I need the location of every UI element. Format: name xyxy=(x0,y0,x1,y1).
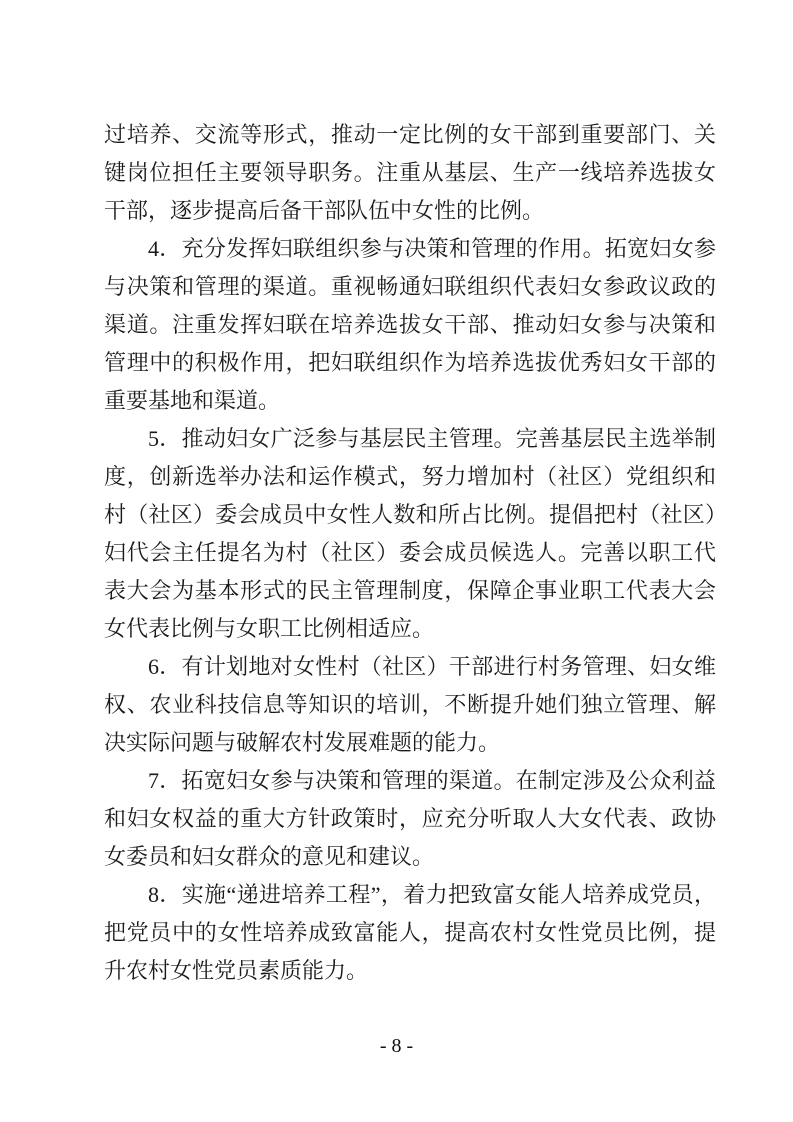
document-page: 过培养、交流等形式，推动一定比例的女干部到重要部门、关键岗位担任主要领导职务。注… xyxy=(0,0,793,1122)
paragraph: 8．实施“递进培养工程”，着力把致富女能人培养成党员，把党员中的女性培养成致富能… xyxy=(104,876,716,990)
paragraph: 过培养、交流等形式，推动一定比例的女干部到重要部门、关键岗位担任主要领导职务。注… xyxy=(104,116,716,230)
page-number-footer: - 8 - xyxy=(0,1035,793,1058)
paragraph: 6．有计划地对女性村（社区）干部进行村务管理、妇女维权、农业科技信息等知识的培训… xyxy=(104,648,716,762)
paragraph: 4．充分发挥妇联组织参与决策和管理的作用。拓宽妇女参与决策和管理的渠道。重视畅通… xyxy=(104,230,716,420)
page-number: - 8 - xyxy=(380,1035,413,1057)
paragraph: 5．推动妇女广泛参与基层民主管理。完善基层民主选举制度，创新选举办法和运作模式，… xyxy=(104,420,716,648)
document-body: 过培养、交流等形式，推动一定比例的女干部到重要部门、关键岗位担任主要领导职务。注… xyxy=(104,116,716,990)
paragraph: 7．拓宽妇女参与决策和管理的渠道。在制定涉及公众利益和妇女权益的重大方针政策时，… xyxy=(104,762,716,876)
